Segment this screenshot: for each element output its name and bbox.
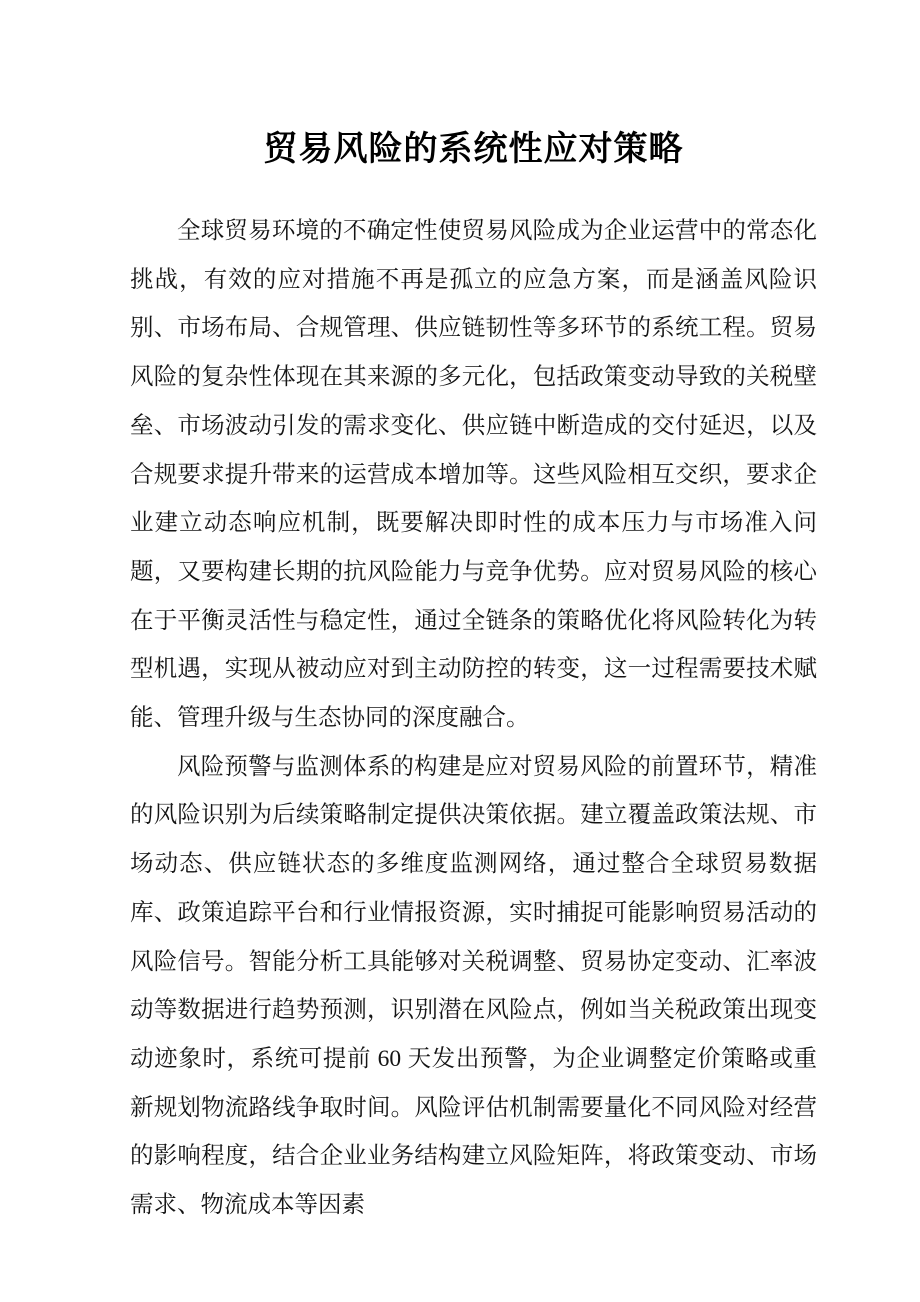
- page-title: 贸易风险的系统性应对策略: [130, 124, 817, 174]
- body-paragraph: 风险预警与监测体系的构建是应对贸易风险的前置环节，精准的风险识别为后续策略制定提…: [130, 743, 817, 1230]
- document-body: 全球贸易环境的不确定性使贸易风险成为企业运营中的常态化挑战，有效的应对措施不再是…: [130, 207, 817, 1230]
- body-paragraph: 全球贸易环境的不确定性使贸易风险成为企业运营中的常态化挑战，有效的应对措施不再是…: [130, 207, 817, 743]
- document-page: 贸易风险的系统性应对策略 全球贸易环境的不确定性使贸易风险成为企业运营中的常态化…: [0, 0, 920, 1302]
